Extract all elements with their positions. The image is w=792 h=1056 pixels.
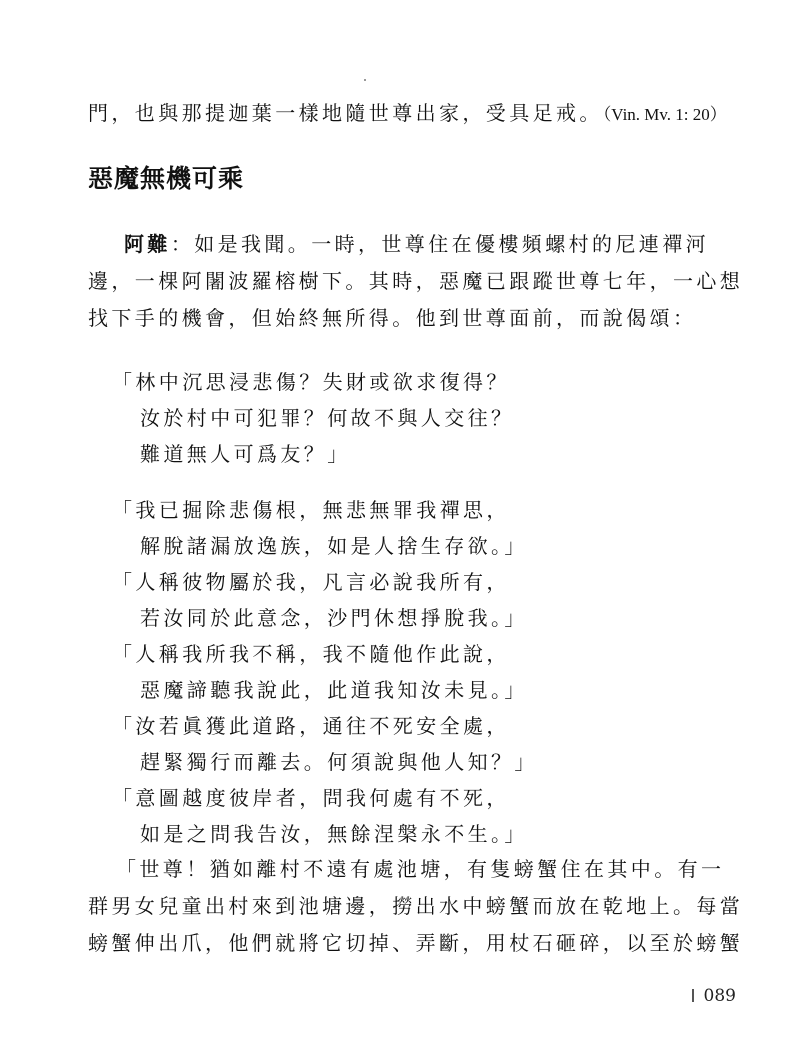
verse-line: 「林中沉思浸悲傷？失財或欲求復得？	[112, 369, 510, 395]
verse-line: 「人稱我所我不稱，我不隨他作此說，	[112, 641, 510, 667]
verse-line: 汝於村中可犯罪？何故不與人交往？	[140, 405, 514, 431]
verse-line: 如是之問我告汝，無餘涅槃永不生。」	[140, 821, 528, 847]
book-page: 門，也與那提迦葉一樣地隨世尊出家，受具足戒。（Vin. Mv. 1: 20） 惡…	[0, 0, 792, 1056]
speaker-name: 阿難	[124, 232, 171, 256]
intro-line-1-text: ：如是我聞。一時，世尊住在優樓頻螺村的尼連禪河	[171, 232, 709, 256]
carryover-text: 門，也與那提迦葉一樣地隨世尊出家，受具足戒。	[88, 101, 603, 125]
page-number: 089	[692, 986, 736, 1006]
intro-line-3: 找下手的機會，但始終無所得。他到世尊面前，而說偈頌：	[88, 305, 696, 331]
verse-line: 「人稱彼物屬於我，凡言必說我所有，	[112, 569, 510, 595]
scan-speck	[364, 79, 366, 81]
folio-divider	[692, 989, 694, 1002]
carryover-line: 門，也與那提迦葉一樣地隨世尊出家，受具足戒。（Vin. Mv. 1: 20）	[88, 100, 727, 128]
verse-line: 若汝同於此意念，沙門休想掙脫我。」	[140, 605, 528, 631]
closing-line-3: 螃蟹伸出爪，他們就將它切掉、弄斷，用杖石砸碎，以至於螃蟹	[88, 930, 743, 956]
verse-line: 惡魔諦聽我說此，此道我知汝未見。」	[140, 677, 528, 703]
section-title: 惡魔無機可乘	[88, 163, 244, 195]
verse-line: 「我已掘除悲傷根，無悲無罪我禪思，	[112, 497, 510, 523]
verse-line: 「汝若眞獲此道路，通往不死安全處，	[112, 713, 510, 739]
verse-line: 趕緊獨行而離去。何須說與他人知？」	[140, 749, 538, 775]
verse-line: 難道無人可爲友？」	[140, 441, 351, 467]
citation: （Vin. Mv. 1: 20）	[603, 105, 727, 124]
closing-line-1: 「世尊！猶如離村不遠有處池塘，有隻螃蟹住在其中。有一	[116, 856, 724, 882]
page-number-text: 089	[704, 986, 736, 1006]
verse-line: 「意圖越度彼岸者，問我何處有不死，	[112, 785, 510, 811]
intro-line-1: 阿難：如是我聞。一時，世尊住在優樓頻螺村的尼連禪河	[124, 231, 709, 257]
verse-line: 解脫諸漏放逸族，如是人捨生存欲。」	[140, 533, 528, 559]
intro-line-2: 邊，一棵阿闍波羅榕樹下。其時，惡魔已跟蹤世尊七年，一心想	[88, 268, 743, 294]
closing-line-2: 群男女兒童出村來到池塘邊，撈出水中螃蟹而放在乾地上。每當	[88, 893, 743, 919]
